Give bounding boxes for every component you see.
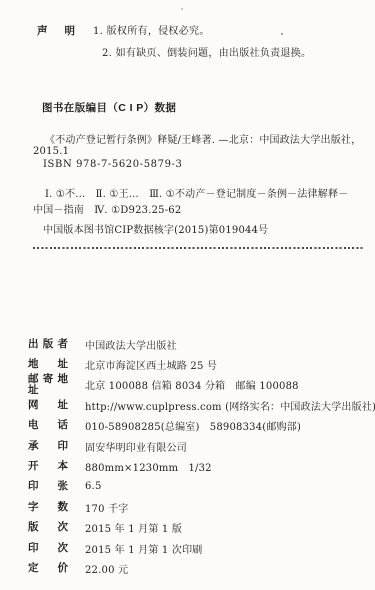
isbn-number: ISBN 978-7-5620-5879-3: [43, 159, 183, 170]
colophon-row-label: 邮寄地址: [28, 374, 68, 396]
dashed-divider: [33, 247, 363, 249]
colophon-row: 出版者 中国政法大学出版社: [28, 334, 363, 354]
cip-classification-line: Ⅰ. ①不… Ⅱ. ①王… Ⅲ. ①不动产－登记制度－条例－法律解释－: [45, 185, 348, 200]
colophon-row-value: 固安华明印业有限公司: [85, 439, 187, 454]
colophon-row-label: 电话: [28, 420, 68, 431]
statement-block: 声明 1. 版权所有，侵权必究。 2. 如有缺页、倒装问题，由出版社负责退换。: [37, 25, 311, 60]
colophon-row-label: 印次: [28, 543, 68, 554]
colophon-row-value: 中国政法大学出版社: [85, 337, 177, 352]
statement-label: 声明: [37, 25, 75, 60]
colophon-table: 出版者 中国政法大学出版社 地址 北京市海淀区西土城路 25 号 邮寄地址 北京…: [28, 334, 363, 579]
cip-title-line: 《不动产登记暂行条例》释疑/王峰著. —北京：中国政法大学出版社，: [45, 131, 361, 146]
colophon-row-value: 6.5: [85, 481, 102, 492]
colophon-row-label: 印张: [28, 481, 68, 492]
colophon-row-label: 定价: [28, 563, 68, 574]
colophon-row: 开本 880mm×1230mm 1/32: [28, 456, 363, 476]
colophon-row: 定价 22.00 元: [28, 558, 363, 578]
colophon-row-value: 北京 100088 信箱 8034 分箱 邮编 100088: [85, 377, 299, 392]
statement-items: 1. 版权所有，侵权必究。 2. 如有缺页、倒装问题，由出版社负责退换。: [93, 25, 311, 60]
colophon-row-value: http://www.cuplpress.com (网络实名：中国政法大学出版社…: [85, 398, 375, 413]
colophon-row: 版次 2015 年 1 月第 1 版: [28, 518, 363, 538]
colophon-row-value: 2015 年 1 月第 1 版: [85, 520, 182, 535]
colophon-row: 网址 http://www.cuplpress.com (网络实名：中国政法大学…: [28, 395, 363, 415]
colophon-row-label: 网址: [28, 400, 68, 411]
colophon-row-value: 170 千字: [85, 500, 128, 515]
colophon-row-value: 2015 年 1 月第 1 次印刷: [85, 541, 202, 556]
colophon-row-label: 开本: [28, 461, 68, 472]
colophon-row: 字数 170 千字: [28, 497, 363, 517]
scan-speckle: [181, 8, 183, 10]
cip-classification-line: 中国－指南 Ⅳ. ①D923.25-62: [33, 201, 181, 216]
colophon-row-value: 010-58908285(总编室) 58908334(邮购部): [85, 418, 301, 433]
colophon-row-label: 字数: [28, 502, 68, 513]
colophon-row-value: 北京市海淀区西土城路 25 号: [85, 357, 217, 372]
colophon-row: 电话 010-58908285(总编室) 58908334(邮购部): [28, 416, 363, 436]
colophon-row: 地址 北京市海淀区西土城路 25 号: [28, 354, 363, 374]
colophon-row: 承印 固安华明印业有限公司: [28, 436, 363, 456]
cip-header: 图书在版编目（C I P）数据: [42, 100, 176, 115]
cip-title-year: 2015.1: [33, 146, 69, 157]
colophon-row-label: 地址: [28, 359, 68, 370]
scan-speckle: [281, 33, 283, 35]
cip-record-number: 中国版本图书馆CIP数据核字(2015)第019044号: [43, 221, 268, 236]
colophon-row: 印张 6.5: [28, 477, 363, 497]
colophon-row-value: 22.00 元: [85, 561, 128, 576]
statement-item: 2. 如有缺页、倒装问题，由出版社负责退换。: [102, 47, 311, 60]
colophon-row-label: 出版者: [28, 339, 68, 350]
colophon-row: 印次 2015 年 1 月第 1 次印刷: [28, 538, 363, 558]
colophon-row-value: 880mm×1230mm 1/32: [85, 459, 212, 474]
colophon-row-label: 承印: [28, 441, 68, 452]
colophon-row-label: 版次: [28, 522, 68, 533]
statement-item: 1. 版权所有，侵权必究。: [93, 25, 311, 38]
colophon-row: 邮寄地址 北京 100088 信箱 8034 分箱 邮编 100088: [28, 375, 363, 395]
